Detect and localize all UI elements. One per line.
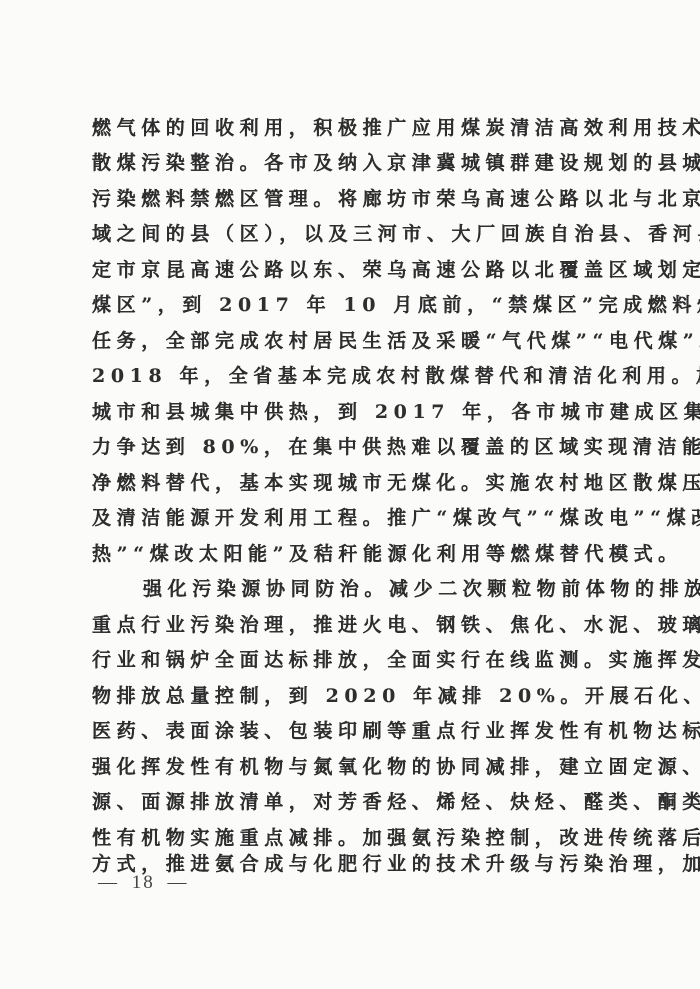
- text-line: 煤区”，到 2017 年 10 月底前，“禁煤区”完成燃料煤炭“清零”: [92, 291, 612, 319]
- text-line: 医药、表面涂装、包装印刷等重点行业挥发性有机物达标治理。: [92, 717, 612, 745]
- text-line: 燃气体的回收利用，积极推广应用煤炭清洁高效利用技术。深化: [92, 114, 612, 142]
- text-line: 城市和县城集中供热，到 2017 年，各市城市建成区集中供热率: [92, 398, 612, 426]
- text-line: 强化挥发性有机物与氮氧化物的协同减排，建立固定源、移动: [92, 753, 612, 781]
- page-number: — 18 —: [98, 872, 189, 894]
- text-line: 源、面源排放清单，对芳香烃、烯烃、炔烃、醛类、酮类等挥发: [92, 788, 612, 816]
- text-line: 行业和锅炉全面达标排放，全面实行在线监测。实施挥发性有机: [92, 646, 612, 674]
- text-line: 定市京昆高速公路以东、荣乌高速公路以北覆盖区域划定为“禁: [92, 256, 612, 284]
- text-line: 强化污染源协同防治。减少二次颗粒物前体物的排放。加强: [143, 575, 663, 603]
- text-line: 污染燃料禁燃区管理。将廊坊市荣乌高速公路以北与北京相邻区: [92, 185, 612, 213]
- text-line: 散煤污染整治。各市及纳入京津冀城镇群建设规划的县城实行高: [92, 149, 612, 177]
- document-page: 燃气体的回收利用，积极推广应用煤炭清洁高效利用技术。深化 散煤污染整治。各市及纳…: [0, 0, 700, 989]
- text-line: 任务，全部完成农村居民生活及采暖“气代煤”“电代煤”。到: [92, 327, 612, 355]
- text-line: 净燃料替代，基本实现城市无煤化。实施农村地区散煤压减替代: [92, 469, 612, 497]
- text-line: 热”“煤改太阳能”及秸秆能源化利用等燃煤替代模式。: [92, 540, 612, 568]
- text-line: 域之间的县（区），以及三河市、大厂回族自治县、香河县，保: [92, 220, 612, 248]
- text-line: 2018 年，全省基本完成农村散煤替代和清洁化利用。加快推进: [92, 362, 612, 390]
- text-line: 性有机物实施重点减排。加强氨污染控制，改进传统落后的施肥: [92, 824, 612, 852]
- text-line: 及清洁能源开发利用工程。推广“煤改气”“煤改电”“煤改地: [92, 504, 612, 532]
- text-line: 力争达到 80%，在集中供热难以覆盖的区域实现清洁能源或洁: [92, 433, 612, 461]
- text-line: 物排放总量控制，到 2020 年减排 20%。开展石化、有机化工、: [92, 682, 612, 710]
- text-line: 重点行业污染治理，推进火电、钢铁、焦化、水泥、玻璃等重点: [92, 611, 612, 639]
